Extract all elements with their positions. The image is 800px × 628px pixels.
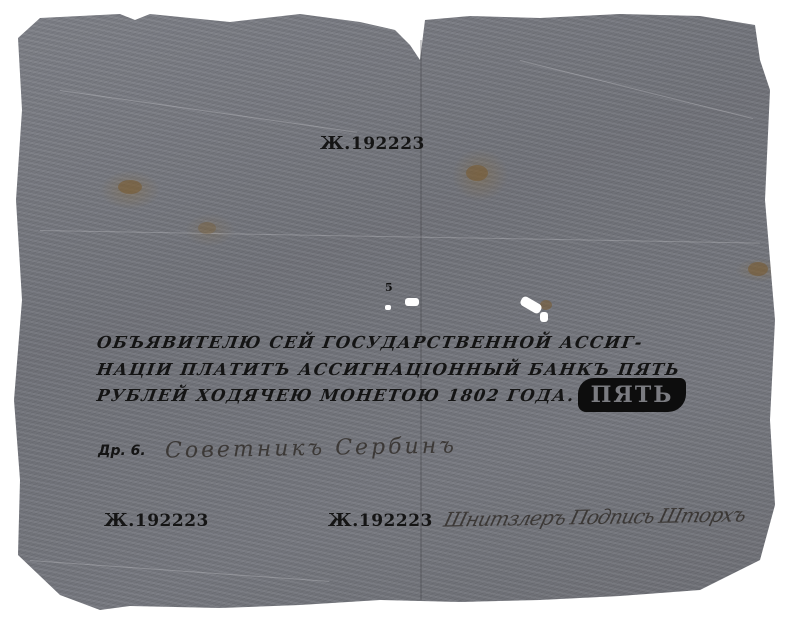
serial-prefix: Ж. (104, 510, 135, 531)
serial-value: 192223 (359, 511, 433, 531)
serial-number-top: Ж.192223 (320, 133, 425, 154)
small-mark: 5 (385, 281, 393, 294)
stain (466, 165, 488, 181)
paper-hole (540, 312, 548, 322)
serial-prefix: Ж. (328, 510, 359, 531)
paper-hole (385, 305, 391, 310)
stain (198, 222, 216, 234)
sheet-label: Др. 6. (98, 443, 146, 459)
serial-value: 192223 (135, 511, 209, 531)
stain (748, 262, 768, 276)
handwritten-note: Советникъ Сербинъ (165, 433, 457, 463)
text-line-1: ОБЪЯВИТЕЛЮ СЕЙ ГОСУДАРСТВЕННОЙ АССИГ- (96, 333, 645, 352)
denomination-stamp: ПЯТЬ (578, 378, 686, 412)
text-line-2: НАЦІИ ПЛАТИТЪ АССИГНАЦІОННЫЙ БАНКЪ ПЯТЬ (96, 360, 682, 379)
text-line-3: РУБЛЕЙ ХОДЯЧЕЮ МОНЕТОЮ 1802 ГОДА. (96, 386, 577, 405)
denomination-text: ПЯТЬ (591, 382, 674, 408)
serial-value: 192223 (351, 134, 425, 154)
serial-number-bottom-left: Ж.192223 (104, 510, 209, 531)
serial-prefix: Ж. (320, 133, 351, 154)
serial-number-bottom-center: Ж.192223 (328, 510, 433, 531)
stain (118, 180, 142, 194)
banknote-paper (0, 0, 800, 628)
paper-hole (405, 298, 419, 306)
stain (540, 300, 552, 310)
